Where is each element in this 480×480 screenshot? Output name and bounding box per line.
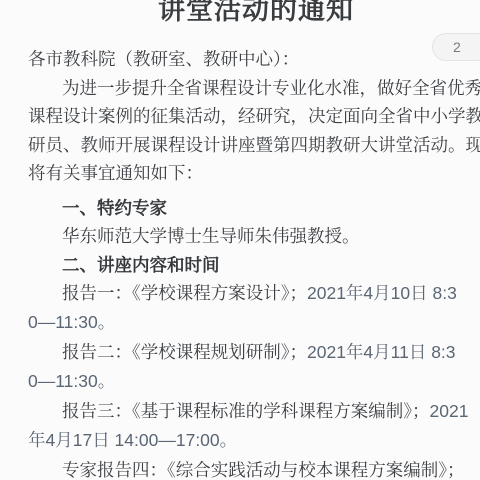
doc-line: 为进一步提升全省课程设计专业化水准，做好全省优秀: [28, 74, 480, 103]
document-page[interactable]: 讲堂活动的通知 2 各市教科院（教研室、教研中心）： 为进一步提升全省课程设计专…: [0, 0, 480, 480]
doc-line: 课程设计案例的征集活动，经研究，决定面向全省中小学教: [28, 102, 480, 131]
section-heading-1: 一、特约专家: [28, 194, 480, 223]
doc-line: 年4月17日 14:00—17:00。: [28, 426, 480, 455]
doc-line-report-3: 报告三：《基于课程标准的学科课程方案编制》；2021: [28, 397, 480, 426]
doc-line-report-2: 报告二：《学校课程规划研制》；2021年4月11日 8:3: [28, 338, 480, 367]
notice-title: 讲堂活动的通知: [16, 0, 480, 27]
doc-line-expert: 华东师范大学博士生导师朱伟强教授。: [28, 222, 480, 251]
notice-body: 各市教科院（教研室、教研中心）： 为进一步提升全省课程设计专业化水准，做好全省优…: [28, 45, 480, 480]
doc-line-salutation: 各市教科院（教研室、教研中心）：: [28, 45, 480, 74]
doc-line: 研员、教师开展课程设计讲座暨第四期教研大讲堂活动。现: [28, 131, 480, 160]
doc-line-report-4: 专家报告四：《综合实践活动与校本课程方案编制》；: [28, 456, 480, 480]
doc-line-report-1: 报告一：《学校课程方案设计》；2021年4月10日 8:3: [28, 279, 480, 308]
section-heading-2: 二、讲座内容和时间: [28, 251, 480, 280]
doc-line: 0—11:30。: [28, 367, 480, 396]
doc-line: 0—11:30。: [28, 308, 480, 337]
doc-line: 将有关事宜通知如下：: [28, 159, 480, 188]
